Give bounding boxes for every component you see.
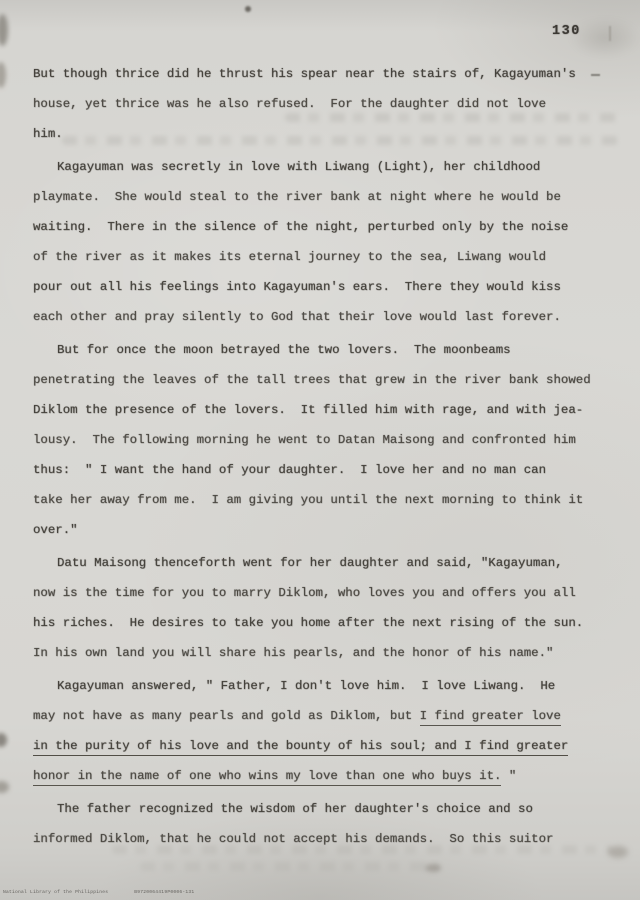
paragraph: But for once the moon betrayed the two l… [33,335,633,545]
scan-smudge [425,864,441,872]
text-line: may not have as many pearls and gold as … [33,701,633,731]
scan-smudge [0,14,8,46]
text-line: lousy. The following morning he went to … [33,425,633,455]
text-line: Kagayuman was secretly in love with Liwa… [33,152,633,182]
paragraph: Kagayuman answered, " Father, I don't lo… [33,671,633,791]
text-line: Diklom the presence of the lovers. It fi… [33,395,633,425]
scan-code: B9720064419P0006-131 [134,890,194,895]
text-line: each other and pray silently to God that… [33,302,633,332]
text-line: take her away from me. I am giving you u… [33,485,633,515]
scanned-typescript-page: 130 But though thrice did he thrust his … [0,0,640,900]
ghost-bleed-through [140,862,440,871]
text-segment: " [501,769,516,783]
text-line: Datu Maisong thenceforth went for her da… [33,548,633,578]
page-number: 130 [552,24,581,39]
text-line: But though thrice did he thrust his spea… [33,59,633,89]
text-line: his riches. He desires to take you home … [33,608,633,638]
footer-stamp: National Library of the PhilippinesB9720… [3,890,423,895]
text-line: him. [33,119,633,149]
text-line: The father recognized the wisdom of her … [33,794,633,824]
ink-dot [245,6,251,12]
scan-smudge [0,781,9,793]
text-line: honor in the name of one who wins my lov… [33,761,633,791]
underlined-text: in the purity of his love and the bounty… [33,739,568,756]
text-line: now is the time for you to marry Diklom,… [33,578,633,608]
pencil-mark [609,26,611,41]
text-line: Kagayuman answered, " Father, I don't lo… [33,671,633,701]
scan-smudge [0,733,7,747]
scan-smudge [0,62,6,88]
paragraph: Datu Maisong thenceforth went for her da… [33,548,633,668]
paragraph: But though thrice did he thrust his spea… [33,59,633,149]
text-line: But for once the moon betrayed the two l… [33,335,633,365]
paragraph: The father recognized the wisdom of her … [33,794,633,854]
text-line: pour out all his feelings into Kagayuman… [33,272,633,302]
text-line: thus: " I want the hand of your daughter… [33,455,633,485]
text-line: informed Diklom, that he could not accep… [33,824,633,854]
text-line: over." [33,515,633,545]
typed-text-body: But though thrice did he thrust his spea… [33,59,633,854]
text-line: house, yet thrice was he also refused. F… [33,89,633,119]
underlined-text: honor in the name of one who wins my lov… [33,769,501,786]
text-line: In his own land you will share his pearl… [33,638,633,668]
text-line: of the river as it makes its eternal jou… [33,242,633,272]
text-line: in the purity of his love and the bounty… [33,731,633,761]
underlined-text: I find greater love [420,709,561,726]
text-segment: may not have as many pearls and gold as … [33,709,420,723]
paragraph: Kagayuman was secretly in love with Liwa… [33,152,633,332]
text-line: waiting. There in the silence of the nig… [33,212,633,242]
text-line: playmate. She would steal to the river b… [33,182,633,212]
text-line: penetrating the leaves of the tall trees… [33,365,633,395]
library-name: National Library of the Philippines [3,890,108,895]
